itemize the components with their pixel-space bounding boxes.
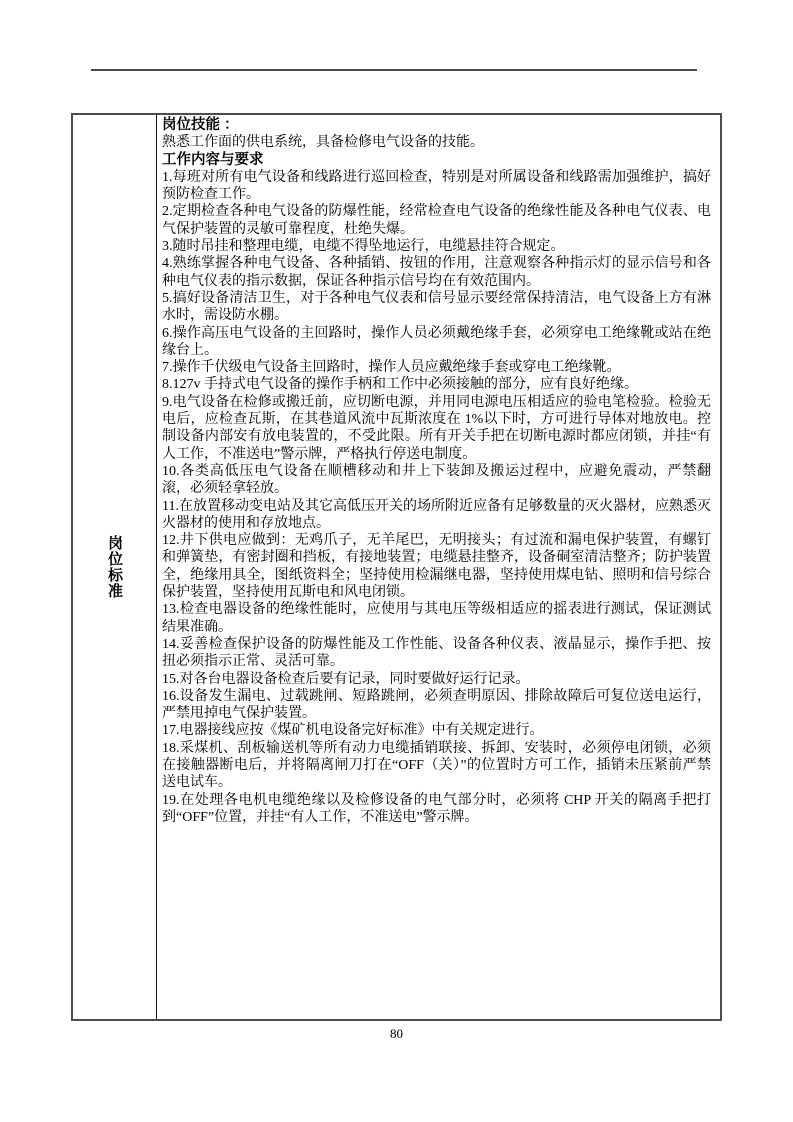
work-item: 5.搞好设备清洁卫生，对于各种电气仪表和信号显示要经常保持清洁，电气设备上方有淋… (162, 290, 711, 325)
work-item: 14.妥善检查保护设备的防爆性能及工作性能、设备各种仪表、液晶显示，操作手把、按… (162, 636, 711, 671)
requirements-heading: 工作内容与要求 (162, 152, 711, 169)
skills-heading: 岗位技能 ： (162, 117, 711, 134)
work-item: 13.检查电器设备的绝缘性能时，应使用与其电压等级相适应的摇表进行测试，保证测试… (162, 601, 711, 636)
work-item: 19.在处理各电机电缆绝缘以及检修设备的电气部分时，必须将 CHP 开关的隔离手… (162, 792, 711, 827)
work-item: 6.操作高压电气设备的主回路时，操作人员必须戴绝缘手套，必须穿电工绝缘靴或站在绝… (162, 325, 711, 360)
document-page: 岗位标准 岗位技能 ： 熟悉工作面的供电系统，具备检修电气设备的技能。 工作内容… (0, 0, 793, 1122)
row-label-cell: 岗位标准 (73, 115, 157, 1019)
work-item: 16.设备发生漏电、过载跳闸、短路跳闸，必须查明原因、排除故障后可复位送电运行，… (162, 688, 711, 723)
work-item: 1.每班对所有电气设备和线路进行巡回检查，特别是对所属设备和线路需加强维护，搞好… (162, 169, 711, 204)
post-standard-table: 岗位标准 岗位技能 ： 熟悉工作面的供电系统，具备检修电气设备的技能。 工作内容… (71, 113, 722, 1021)
content-cell: 岗位技能 ： 熟悉工作面的供电系统，具备检修电气设备的技能。 工作内容与要求 1… (157, 115, 720, 1019)
header-rule (91, 69, 697, 71)
work-item: 11.在放置移动变电站及其它高低压开关的场所附近应备有足够数量的灭火器材，应熟悉… (162, 498, 711, 533)
work-item: 4.熟练掌握各种电气设备、各种插销、按钮的作用，注意观察各种指示灯的显示信号和各… (162, 255, 711, 290)
work-item: 15.对各台电器设备检查后要有记录，同时要做好运行记录。 (162, 671, 711, 688)
work-item: 7.操作千伏级电气设备主回路时，操作人员应戴绝缘手套或穿电工绝缘靴。 (162, 359, 711, 376)
skills-text: 熟悉工作面的供电系统，具备检修电气设备的技能。 (162, 134, 711, 151)
page-number: 80 (0, 1026, 793, 1042)
work-item: 18.采煤机、刮板输送机等所有动力电缆插销联接、拆卸、安装时，必须停电闭锁，必须… (162, 740, 711, 792)
work-item: 3.随时吊挂和整理电缆，电缆不得坠地运行，电缆悬挂符合规定。 (162, 238, 711, 255)
work-item: 10.各类高低压电气设备在顺槽移动和井上下装卸及搬运过程中，应避免震动，严禁翻滚… (162, 463, 711, 498)
work-item: 9.电气设备在检修或搬迁前，应切断电源，并用同电源电压相适应的验电笔检验。检验无… (162, 394, 711, 463)
work-item: 12.井下供电应做到：无鸡爪子，无羊尾巴，无明接头；有过流和漏电保护装置，有螺钉… (162, 532, 711, 601)
work-item: 2.定期检查各种电气设备的防爆性能，经常检查电气设备的绝缘性能及各种电气仪表、电… (162, 203, 711, 238)
work-item: 17.电器接线应按《煤矿机电设备完好标准》中有关规定进行。 (162, 722, 711, 739)
row-label: 岗位标准 (107, 535, 122, 599)
work-item: 8.127v 手持式电气设备的操作手柄和工作中必须接触的部分，应有良好绝缘。 (162, 376, 711, 393)
